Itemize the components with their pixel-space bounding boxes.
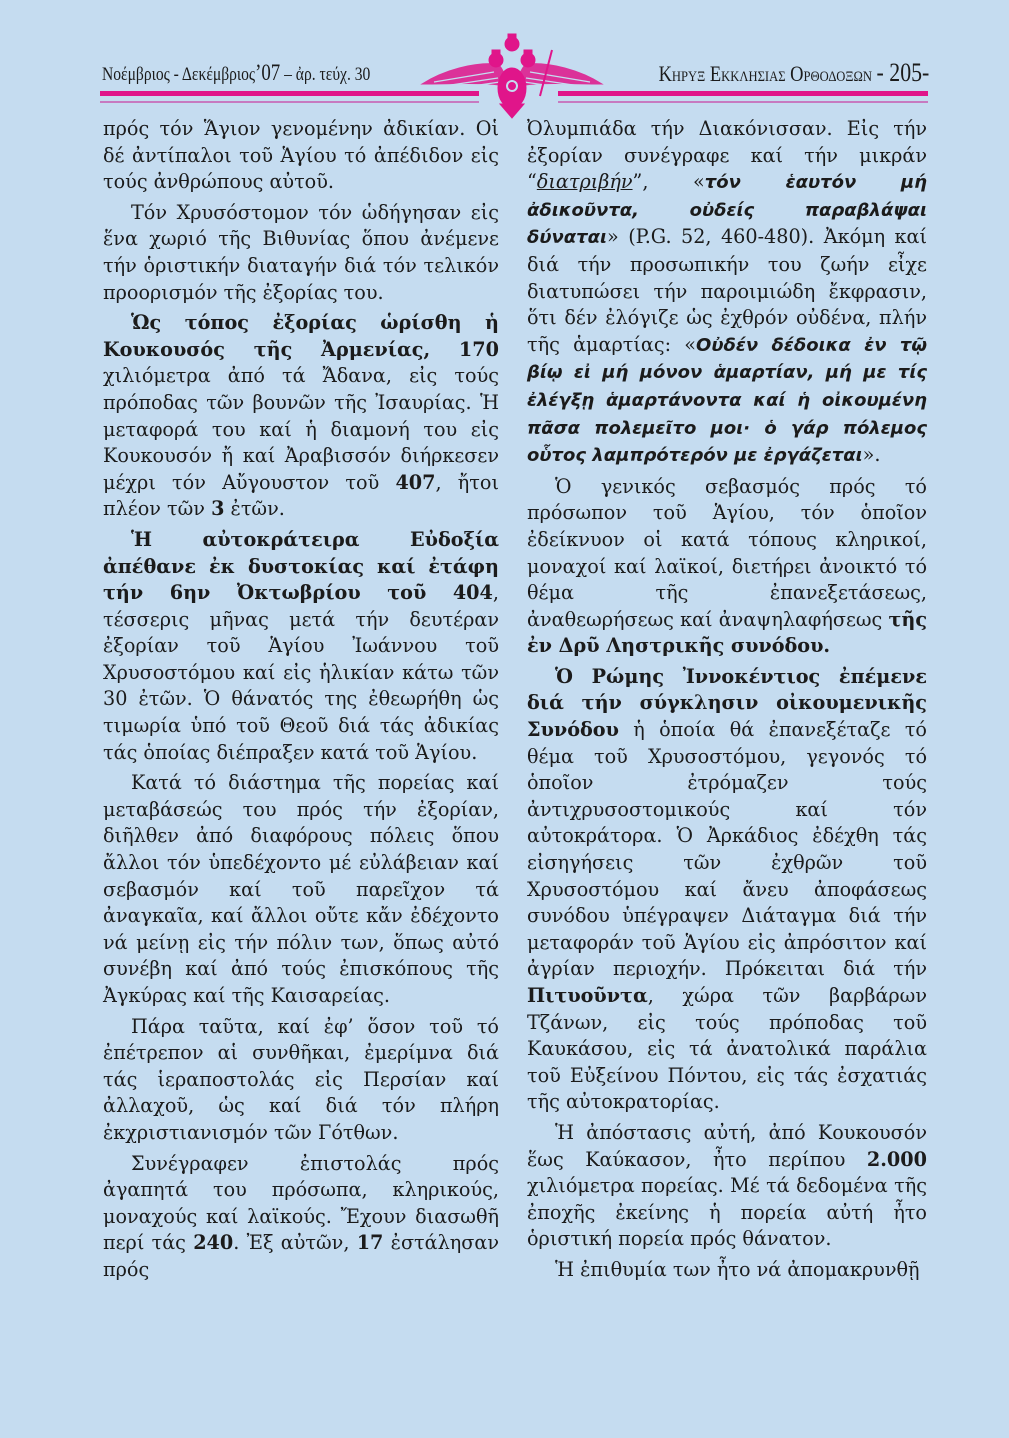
header-rule-left: [100, 91, 479, 96]
paragraph: Ὡς τόπος ἐξορίας ὡρίσθη ἡ Κουκουσός τῆς …: [103, 310, 499, 523]
paragraph: πρός τόν Ἅγιον γενομένην ἀδικίαν. Οἱ δέ …: [103, 116, 499, 196]
paragraph: Ἡ ἀπόστασις αὐτή, ἀπό Κουκουσόν ἕως Καύκ…: [527, 1120, 927, 1253]
paragraph: Συνέγραφεν ἐπιστολάς πρός ἀγαπητά του πρ…: [103, 1151, 499, 1284]
header-rule-left-thin: [100, 101, 479, 103]
double-headed-eagle-icon: [414, 30, 610, 120]
paragraph: Ὀλυμπιάδα τήν Διακόνισσαν. Εἰς τήν ἐξορί…: [527, 116, 927, 470]
header-rule-right: [558, 91, 928, 96]
journal-header: Κηρυξ Εκκλησιας Ορθοδοξων - 205-: [658, 58, 929, 88]
paragraph: Πάρα ταῦτα, καί ἐφ’ ὅσον τοῦ τό ἐπέτρεπο…: [103, 1014, 499, 1147]
page-number: - 205-: [876, 58, 929, 87]
paragraph: Κατά τό διάστημα τῆς πορείας καί μεταβάσ…: [103, 770, 499, 1009]
issue-year: ’07: [255, 60, 280, 85]
right-column: Ὀλυμπιάδα τήν Διακόνισσαν. Εἰς τήν ἐξορί…: [527, 116, 927, 1284]
paragraph: Ὁ Ρώμης Ἰννοκέντιος ἐπέμενε διά τήν σύγκ…: [527, 664, 927, 1116]
diatribe-reference: διατριβήν: [537, 170, 633, 193]
issue-number: – ἀρ. τεύχ. 30: [284, 64, 370, 85]
paragraph: Ὁ γενικός σεβασμός πρός τό πρόσωπον τοῦ …: [527, 474, 927, 660]
paragraph: Ἡ αὐτοκράτειρα Εὐδοξία ἀπέθανε ἐκ δυστοκ…: [103, 527, 499, 766]
issue-info: Νοέμβριος - Δεκέμβριος’07 – ἀρ. τεύχ. 30: [102, 60, 370, 86]
header-rule-right-thin: [558, 101, 928, 103]
page-header: Νοέμβριος - Δεκέμβριος’07 – ἀρ. τεύχ. 30…: [0, 0, 1009, 110]
paragraph: Ἡ ἐπιθυμία των ἦτο νά ἀπομακρυνθῇ: [527, 1257, 927, 1284]
journal-title: Κηρυξ Εκκλησιας Ορθοδοξων: [658, 61, 871, 86]
paragraph: Τόν Χρυσόστομον τόν ὡδήγησαν εἰς ἕνα χωρ…: [103, 200, 499, 306]
left-column: πρός τόν Ἅγιον γενομένην ἀδικίαν. Οἱ δέ …: [103, 116, 499, 1284]
issue-months: Νοέμβριος - Δεκέμβριος: [102, 64, 255, 85]
